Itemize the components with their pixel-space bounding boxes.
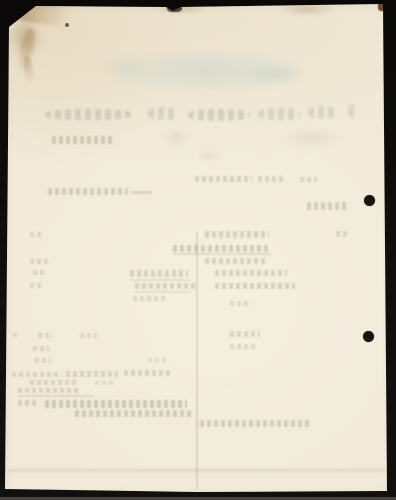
vertical-crease <box>196 232 198 490</box>
scan-frame <box>0 0 396 500</box>
punch-hole <box>364 195 375 206</box>
ghost-mark <box>148 358 166 362</box>
ghost-mark <box>196 151 222 161</box>
ghost-mark <box>195 176 252 182</box>
ghost-mark <box>215 270 287 276</box>
ghost-mark <box>13 333 20 337</box>
ghost-mark <box>282 127 342 149</box>
ghost-mark <box>30 380 76 385</box>
ghost-mark <box>52 136 114 144</box>
ghost-mark <box>130 279 190 281</box>
ghost-mark <box>130 270 188 277</box>
ghost-mark <box>33 270 47 275</box>
ghost-mark <box>135 283 195 289</box>
ghost-mark <box>18 400 38 406</box>
ghost-mark <box>205 231 269 238</box>
ghost-mark <box>148 107 178 120</box>
ghost-mark <box>75 410 191 417</box>
ghost-mark <box>300 177 317 182</box>
ghost-mark <box>173 245 271 252</box>
ghost-mark <box>66 371 118 377</box>
ghost-mark <box>33 346 49 351</box>
ghost-mark <box>336 231 347 237</box>
ghost-mark <box>200 420 310 427</box>
ghost-mark <box>348 104 358 118</box>
ghost-mark <box>163 129 189 146</box>
ghost-mark <box>18 395 94 397</box>
ghost-mark <box>215 283 295 289</box>
ghost-mark <box>133 296 166 301</box>
paper-sheet <box>0 0 396 500</box>
ghost-mark <box>135 464 140 467</box>
ghost-mark <box>307 202 347 210</box>
ghost-mark <box>173 253 271 255</box>
ghost-mark <box>30 259 50 264</box>
ghost-mark <box>45 400 187 408</box>
ghost-mark <box>35 358 51 363</box>
ghost-mark <box>230 331 260 337</box>
ghost-text-layer <box>0 0 396 500</box>
ghost-mark <box>131 191 152 194</box>
ghost-mark <box>30 283 44 288</box>
ghost-mark <box>205 258 267 264</box>
horizontal-crease <box>8 469 385 472</box>
ghost-mark <box>80 333 97 338</box>
ghost-mark <box>188 109 250 121</box>
ghost-mark <box>124 370 170 376</box>
ghost-mark <box>308 106 338 119</box>
ghost-mark <box>225 384 232 388</box>
ghost-mark <box>230 344 256 349</box>
ghost-mark <box>135 291 190 293</box>
ghost-mark <box>12 372 62 377</box>
ghost-mark <box>95 381 113 385</box>
punch-hole <box>363 331 374 342</box>
ghost-mark <box>30 232 42 237</box>
ghost-mark <box>45 109 133 120</box>
ghost-mark <box>48 188 128 195</box>
ghost-mark <box>258 176 283 182</box>
ghost-mark <box>38 333 53 338</box>
ghost-mark <box>18 388 80 393</box>
ghost-mark <box>258 108 300 120</box>
ghost-mark <box>230 301 252 306</box>
